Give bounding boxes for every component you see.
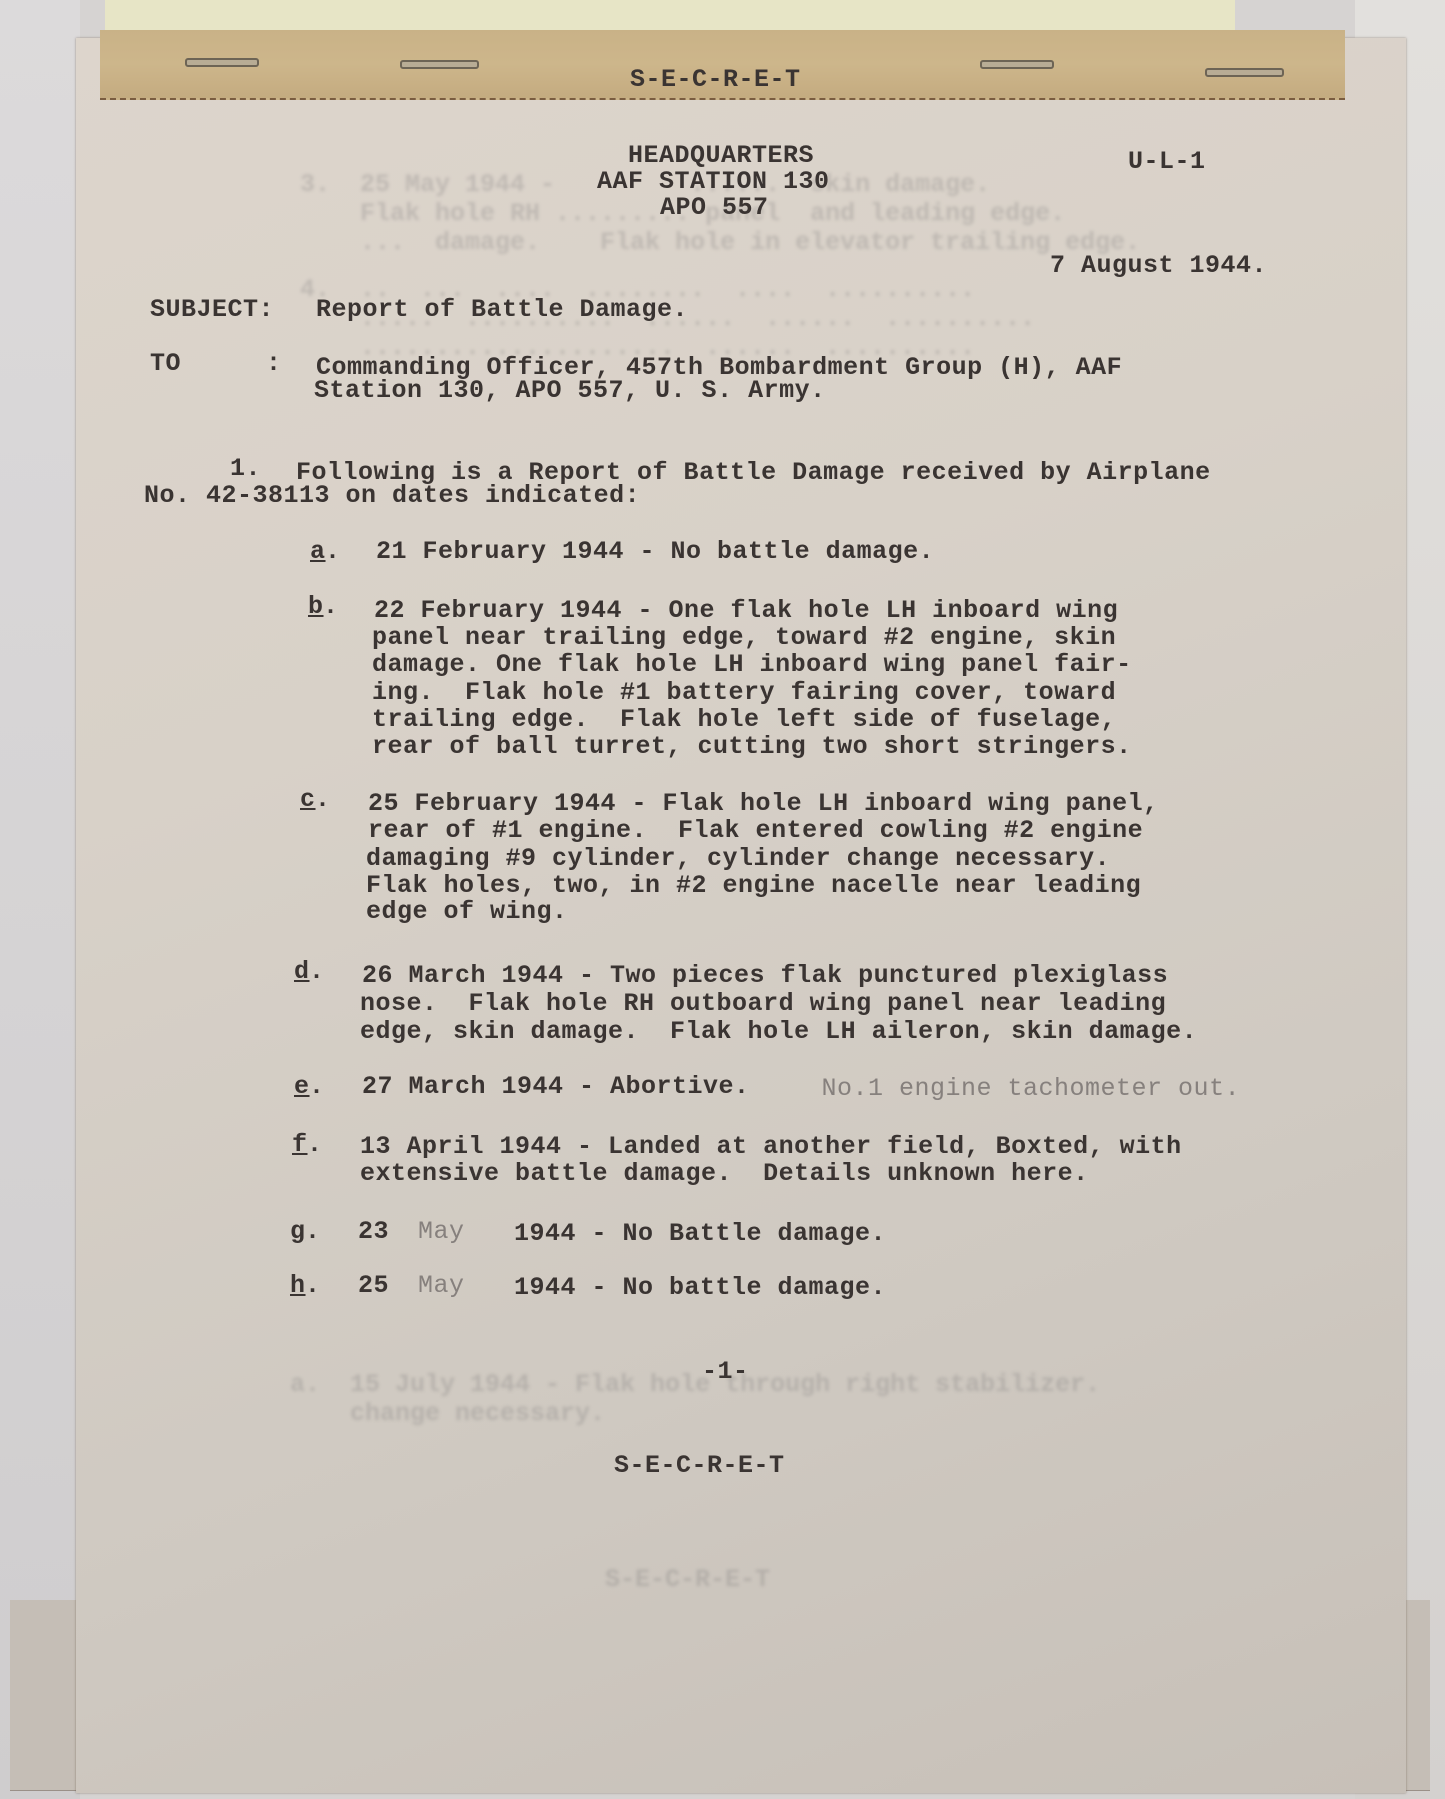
entry-faint-note: No.1 engine tachometer out. (806, 1075, 1240, 1103)
entry-line: 1944 - No battle damage. (514, 1274, 886, 1302)
entry-line: trailing edge. Flak hole left side of fu… (372, 706, 1116, 734)
entry-month: May (418, 1272, 465, 1300)
org-line-station: AAF STATION 130 (597, 168, 830, 196)
entry-label: f (292, 1131, 308, 1159)
entry-line: panel near trailing edge, toward #2 engi… (372, 624, 1116, 652)
entry-line: damaging #9 cylinder, cylinder change ne… (366, 845, 1110, 873)
staple-icon (400, 60, 479, 69)
entry-line: 27 March 1944 - Abortive. (362, 1073, 750, 1101)
entry-label: e (294, 1073, 310, 1101)
entry-label-dot: . (309, 958, 325, 986)
entry-label: d (294, 958, 310, 986)
entry-label: h (290, 1272, 306, 1300)
entry-day: 23 (358, 1218, 389, 1246)
entry-label: g (290, 1218, 306, 1246)
entry-line: edge, skin damage. Flak hole LH aileron,… (360, 1018, 1197, 1046)
entry-line: damage. One flak hole LH inboard wing pa… (372, 651, 1132, 679)
entry-line: rear of ball turret, cutting two short s… (372, 733, 1132, 761)
entry-line: ing. Flak hole #1 battery fairing cover,… (372, 679, 1116, 707)
entry-line: 26 March 1944 - Two pieces flak puncture… (362, 962, 1168, 990)
org-line-hq: HEADQUARTERS (628, 142, 814, 170)
entry-month: May (418, 1218, 465, 1246)
entry-label: c (300, 786, 316, 814)
entry-day: 25 (358, 1272, 389, 1300)
staple-icon (980, 60, 1054, 69)
classification-bottom: S-E-C-R-E-T (614, 1452, 785, 1480)
entry-label: b (308, 593, 324, 621)
entry-line: rear of #1 engine. Flak entered cowling … (368, 817, 1143, 845)
entry-line: extensive battle damage. Details unknown… (360, 1160, 1089, 1188)
entry-line: 1944 - No Battle damage. (514, 1220, 886, 1248)
file-code: U-L-1 (1128, 148, 1206, 176)
entry-label-dot: . (307, 1131, 323, 1159)
to-colon: : (266, 350, 282, 378)
subject-label: SUBJECT: (150, 296, 274, 324)
entry-label-dot: . (315, 786, 331, 814)
entry-label-dot: . (309, 1073, 325, 1101)
entry-label-dot: . (305, 1218, 321, 1246)
entry-label-dot: . (323, 593, 339, 621)
entry-line: 25 February 1944 - Flak hole LH inboard … (368, 790, 1159, 818)
entry-label-dot: . (325, 538, 341, 566)
entry-line: Flak holes, two, in #2 engine nacelle ne… (366, 872, 1141, 900)
staple-icon (185, 58, 259, 67)
page-number: -1- (702, 1358, 749, 1386)
org-line-apo: APO 557 (660, 194, 769, 222)
bleed-through-text: S-E-C-R-E-T (605, 1565, 770, 1594)
paragraph-number: 1. (230, 455, 261, 483)
entry-line: 13 April 1944 - Landed at another field,… (360, 1133, 1182, 1161)
entry-line: 21 February 1944 - No battle damage. (376, 538, 934, 566)
wall-background-left (0, 0, 80, 1799)
entry-label-dot: . (305, 1272, 321, 1300)
paragraph-line: No. 42-38113 on dates indicated: (144, 482, 640, 510)
to-label: TO (150, 350, 181, 378)
document-date: 7 August 1944. (1050, 252, 1267, 280)
entry-line: 22 February 1944 - One flak hole LH inbo… (374, 597, 1118, 625)
to-line: Station 130, APO 557, U. S. Army. (314, 377, 826, 405)
subject-text: Report of Battle Damage. (316, 296, 688, 324)
entry-line: nose. Flak hole RH outboard wing panel n… (360, 990, 1166, 1018)
entry-line: edge of wing. (366, 898, 568, 926)
classification-top: S-E-C-R-E-T (630, 66, 801, 94)
bleed-through-text: a. 15 July 1944 - Flak hole through righ… (290, 1370, 1100, 1428)
staple-icon (1205, 68, 1284, 77)
entry-label: a (310, 538, 326, 566)
